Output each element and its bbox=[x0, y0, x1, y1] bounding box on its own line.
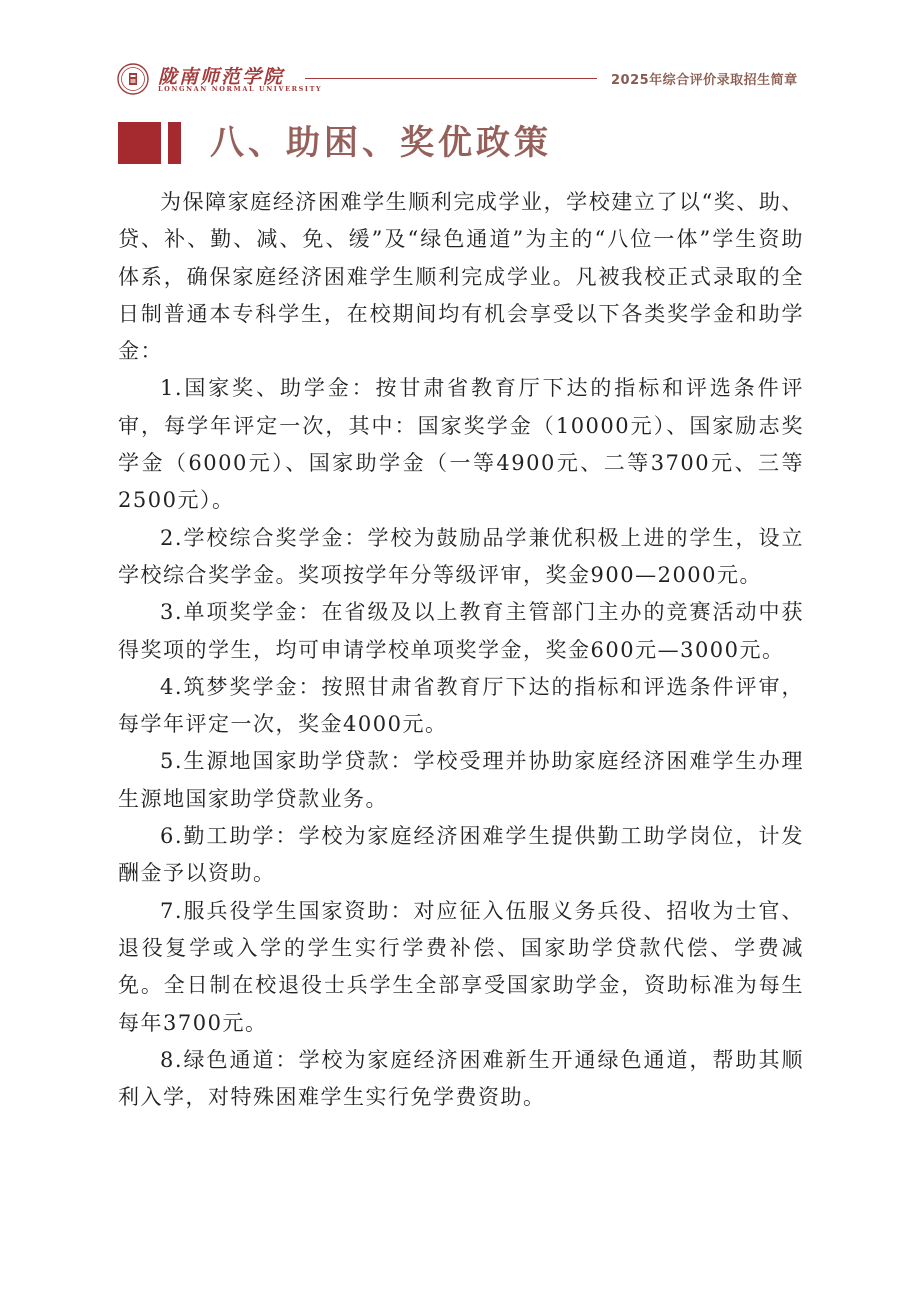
section-heading: 八、助困、奖优政策 bbox=[118, 121, 818, 165]
heading-marker-small bbox=[168, 122, 181, 164]
policy-item-national-scholarship: 1.国家奖、助学金：按甘肃省教育厅下达的指标和评选条件评审，每学年评定一次，其中… bbox=[118, 370, 804, 519]
policy-item-work-study: 6.勤工助学：学校为家庭经济困难学生提供勤工助学岗位，计发酬金予以资助。 bbox=[118, 818, 804, 893]
policy-item-dream-scholarship: 4.筑梦奖学金：按照甘肃省教育厅下达的指标和评选条件评审，每学年评定一次，奖金4… bbox=[118, 669, 804, 744]
university-name-en: LONGNAN NORMAL UNIVERSITY bbox=[158, 85, 322, 93]
document-title: 2025年综合评价录取招生简章 bbox=[611, 69, 798, 88]
policy-item-student-loan: 5.生源地国家助学贷款：学校受理并协助家庭经济困难学生办理生源地国家助学贷款业务… bbox=[118, 743, 804, 818]
policy-item-single-scholarship: 3.单项奖学金：在省级及以上教育主管部门主办的竞赛活动中获得奖项的学生，均可申请… bbox=[118, 594, 804, 669]
intro-paragraph: 为保障家庭经济困难学生顺利完成学业，学校建立了以“奖、助、贷、补、勤、减、免、缓… bbox=[118, 184, 804, 370]
header-divider bbox=[305, 78, 597, 79]
policy-item-comprehensive-scholarship: 2.学校综合奖学金：学校为鼓励品学兼优积极上进的学生，设立学校综合奖学金。奖项按… bbox=[118, 520, 804, 595]
page-header: 陇南师范学院 LONGNAN NORMAL UNIVERSITY 2025年综合… bbox=[0, 0, 919, 100]
section-body: 为保障家庭经济困难学生顺利完成学业，学校建立了以“奖、助、贷、补、勤、减、免、缓… bbox=[118, 184, 804, 1116]
university-seal-icon bbox=[117, 63, 149, 95]
heading-marker-large bbox=[118, 122, 161, 164]
section-title: 八、助困、奖优政策 bbox=[210, 121, 552, 165]
policy-item-military-aid: 7.服兵役学生国家资助：对应征入伍服义务兵役、招收为士官、退役复学或入学的学生实… bbox=[118, 893, 804, 1042]
policy-item-green-channel: 8.绿色通道：学校为家庭经济困难新生开通绿色通道，帮助其顺利入学，对特殊困难学生… bbox=[118, 1042, 804, 1117]
